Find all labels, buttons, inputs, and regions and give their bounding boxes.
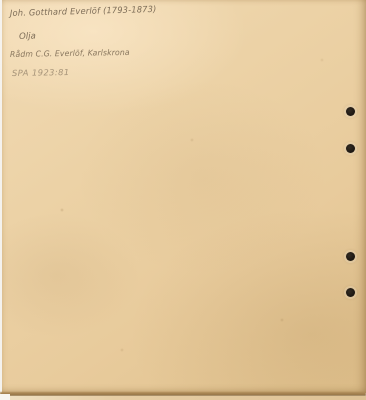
handwritten-artist-line: Joh. Gotthard Everlöf (1793-1873) xyxy=(10,5,157,19)
punch-hole-4 xyxy=(346,288,355,297)
scanner-background-corner xyxy=(0,394,10,400)
handwritten-medium-line: Olja xyxy=(19,31,36,42)
punch-hole-2 xyxy=(346,144,355,153)
underlying-card-sliver xyxy=(6,396,366,400)
punch-hole-1 xyxy=(346,107,355,116)
paper-texture xyxy=(2,0,366,393)
handwritten-catalog-number-line: SPA 1923:81 xyxy=(12,67,70,78)
scanned-document: Joh. Gotthard Everlöf (1793-1873) Olja R… xyxy=(0,0,366,400)
punch-hole-3 xyxy=(346,252,355,261)
handwritten-owner-line: Rådm C.G. Everlöf, Karlskrona xyxy=(10,48,130,59)
catalog-card: Joh. Gotthard Everlöf (1793-1873) Olja R… xyxy=(2,0,366,393)
scanner-background-left-edge xyxy=(0,0,2,240)
